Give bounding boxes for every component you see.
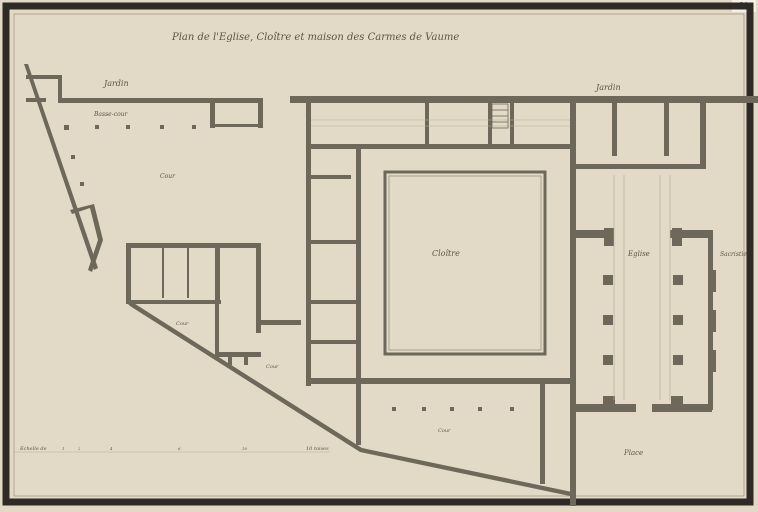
label-cour-small-mid: Cour: [266, 364, 279, 370]
svg-text:2: 2: [77, 446, 81, 451]
label-cloitre: Cloître: [432, 249, 460, 258]
label-sacristie: Sacristie: [720, 251, 747, 258]
scale-bar-label: Echelle de: [19, 446, 47, 452]
svg-text:10: 10: [242, 446, 248, 451]
label-jardin-left: Jardin: [102, 79, 129, 88]
svg-text:6: 6: [178, 446, 181, 451]
label-basse-cour: Basse-cour: [93, 111, 129, 118]
label-cour-bottom: Cour: [438, 428, 451, 434]
label-cour-small-left: Cour: [176, 321, 189, 327]
plan-title: Plan de l'Eglise, Cloître et maison des …: [171, 32, 459, 43]
label-jardin-right: Jardin: [594, 83, 621, 92]
svg-text:4: 4: [109, 446, 113, 451]
label-place: Place: [623, 449, 643, 457]
plan-labels: Plan de l'Eglise, Cloître et maison des …: [0, 0, 758, 512]
label-eglise: Eglise: [627, 250, 650, 258]
scale-bar-unit: 10 toises: [306, 446, 329, 452]
svg-text:1: 1: [62, 446, 65, 451]
plan-sheet: 2A: [0, 0, 758, 512]
label-cour-left: Cour: [160, 173, 176, 180]
